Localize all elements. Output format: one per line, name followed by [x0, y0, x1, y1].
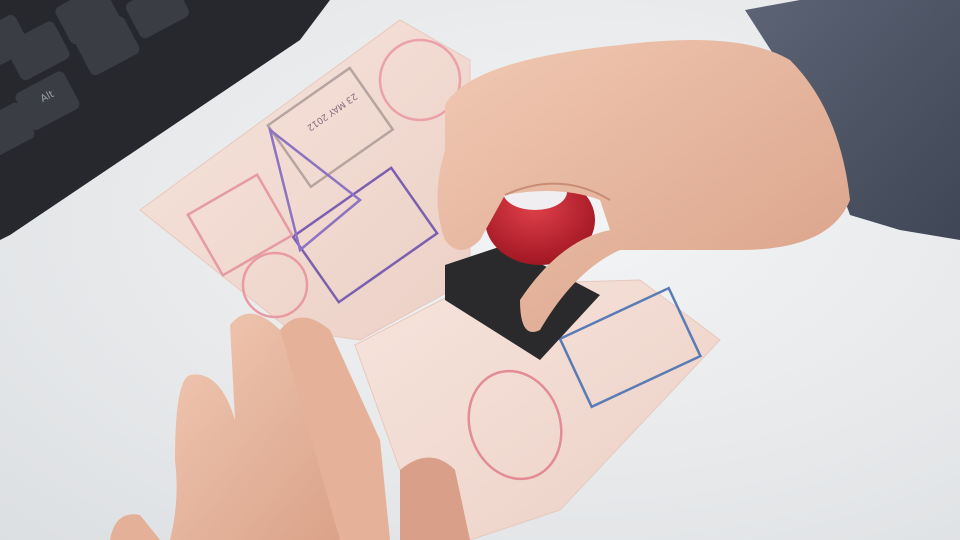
illustration: Alt 23 MAY 2012 [0, 0, 960, 540]
photo-scene: Alt 23 MAY 2012 [0, 0, 960, 540]
